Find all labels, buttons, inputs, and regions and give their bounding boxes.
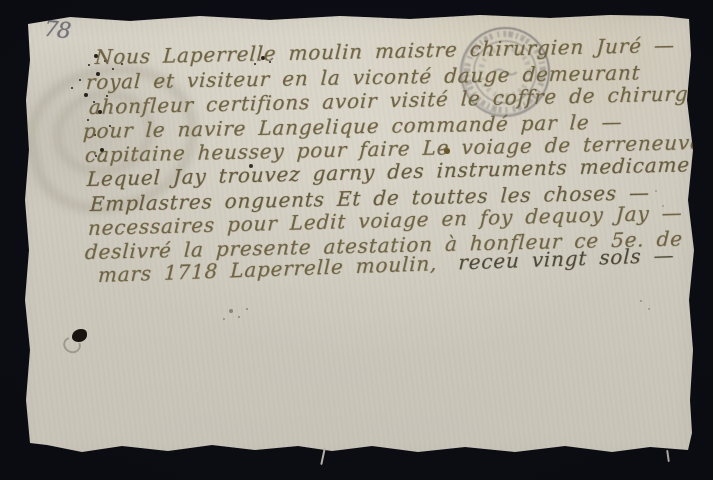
document-page: 78 Nous Laperrelle moulin maistre chirur…	[0, 0, 713, 480]
folio-number: 78	[43, 17, 71, 45]
paper-fiber	[320, 448, 325, 465]
ink-specks	[0, 0, 2, 2]
paper-fiber	[666, 450, 670, 462]
scan-background: 78 Nous Laperrelle moulin maistre chirur…	[0, 0, 713, 480]
